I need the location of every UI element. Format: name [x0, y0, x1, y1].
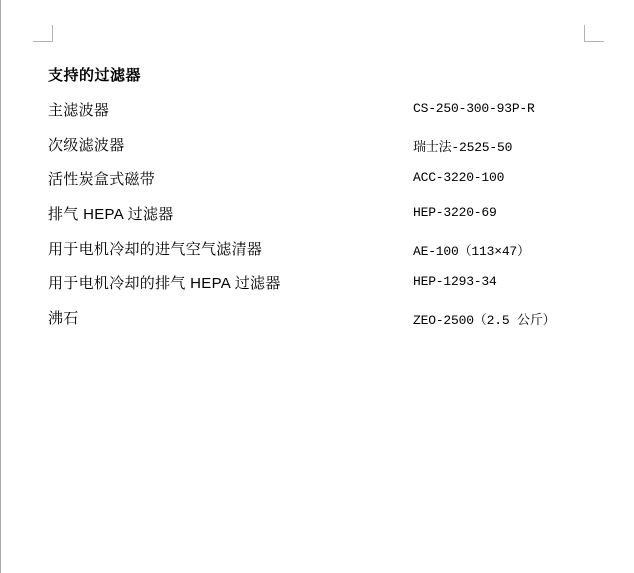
filter-row: 主滤波器 CS-250-300-93P-R — [48, 99, 608, 134]
filter-model: 瑞士法-2525-50 — [413, 136, 512, 155]
filter-model: ZEO-2500（2.5 公斤） — [413, 309, 555, 328]
filter-model: HEP-3220-69 — [413, 205, 497, 220]
filter-row: 次级滤波器 瑞士法-2525-50 — [48, 134, 608, 169]
page-edge-left — [0, 0, 1, 573]
filter-model: AE-100（113×47） — [413, 240, 530, 259]
filter-name: 活性炭盒式磁带 — [48, 171, 155, 188]
document-page: 支持的过滤器 主滤波器 CS-250-300-93P-R 次级滤波器 瑞士法-2… — [0, 0, 634, 573]
filter-model: HEP-1293-34 — [413, 274, 497, 289]
page-margin-mark-top-right — [584, 25, 604, 42]
document-title: 支持的过滤器 — [48, 64, 608, 99]
filter-row: 活性炭盒式磁带 ACC-3220-100 — [48, 168, 608, 203]
filter-model: ACC-3220-100 — [413, 170, 504, 185]
filter-name: 用于电机冷却的排气 HEPA 过滤器 — [48, 275, 281, 292]
page-margin-mark-top-left — [33, 25, 53, 42]
filter-name: 次级滤波器 — [48, 137, 125, 154]
filter-name: 用于电机冷却的进气空气滤清器 — [48, 241, 262, 258]
filter-row: 用于电机冷却的进气空气滤清器 AE-100（113×47） — [48, 238, 608, 273]
document-content: 支持的过滤器 主滤波器 CS-250-300-93P-R 次级滤波器 瑞士法-2… — [48, 64, 608, 342]
filter-name: 主滤波器 — [48, 102, 109, 119]
filter-row: 排气 HEPA 过滤器 HEP-3220-69 — [48, 203, 608, 238]
filter-row: 沸石 ZEO-2500（2.5 公斤） — [48, 307, 608, 342]
filter-name: 沸石 — [48, 310, 79, 327]
filter-row: 用于电机冷却的排气 HEPA 过滤器 HEP-1293-34 — [48, 272, 608, 307]
filter-model: CS-250-300-93P-R — [413, 101, 535, 116]
filter-name: 排气 HEPA 过滤器 — [48, 206, 174, 223]
